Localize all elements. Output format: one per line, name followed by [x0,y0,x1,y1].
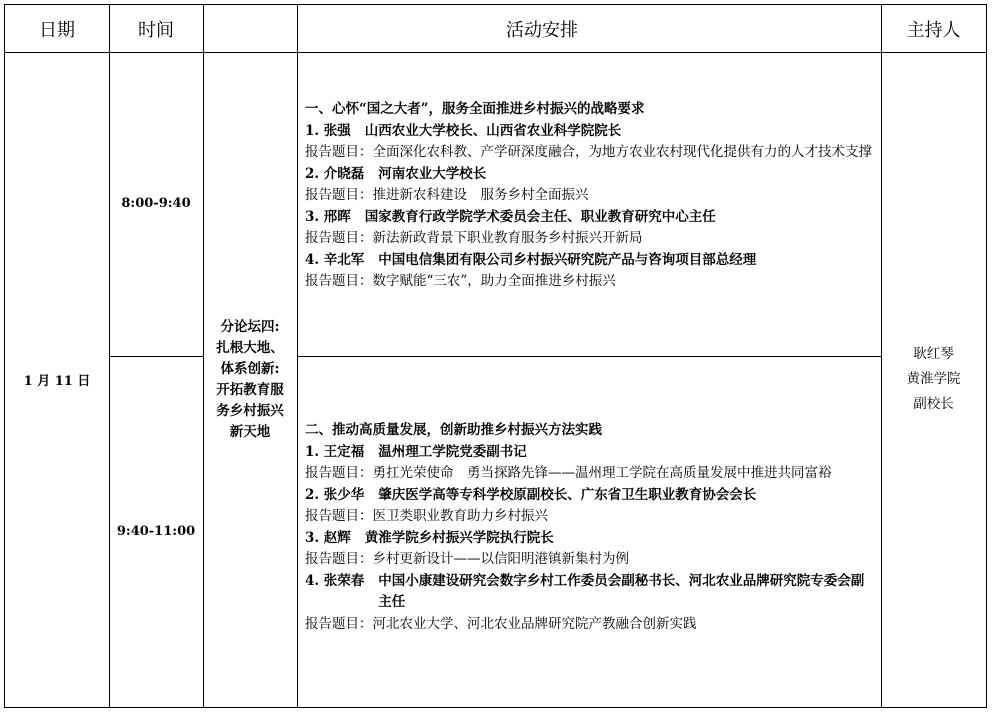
report-line: 报告题目：河北农业大学、河北农业品牌研究院产教融合创新实践 [305,614,877,636]
report-title: 河北农业大学、河北农业品牌研究院产教融合创新实践 [373,614,697,636]
session-1-content: 一、心怀“国之大者”，服务全面推进乡村振兴的战略要求 1. 张强山西农业大学校长… [305,99,877,293]
host-org: 黄淮学院 [907,367,961,392]
forum-title-line: 开拓教育服 [216,380,284,401]
speaker-line: 1. 张强山西农业大学校长、山西省农业科学院院长 [305,121,877,143]
report-title: 推进新农科建设 服务乡村全面振兴 [373,185,589,207]
speaker-name: 介晓磊 [324,166,365,182]
speaker-name: 张强 [324,123,351,139]
speaker-line: 3. 邢晖国家教育行政学院学术委员会主任、职业教育研究中心主任 [305,207,877,229]
speaker-title: 河南农业大学校长 [378,166,486,182]
session-divider [297,356,881,357]
speaker-number: 4. [305,252,319,268]
forum-title-line: 扎根大地、 [216,338,284,359]
session-divider [109,356,203,357]
forum-title-line: 新天地 [216,422,284,443]
header-date: 日期 [5,5,109,52]
report-title: 乡村更新设计——以信阳明港镇新集村为例 [373,549,630,571]
speaker-number: 3. [305,530,319,546]
session-heading: 二、推动高质量发展，创新助推乡村振兴方法实践 [305,420,877,442]
date-text: 1 月 11 日 [24,370,91,389]
speaker-title: 山西农业大学校长、山西省农业科学院院长 [365,123,622,139]
report-line: 报告题目：推进新农科建设 服务乡村全面振兴 [305,185,877,207]
speaker-title: 中国电信集团有限公司乡村振兴研究院产品与咨询项目部总经理 [378,252,756,268]
speaker-number: 1. [305,123,319,139]
header-time: 时间 [109,5,203,52]
speaker-number: 3. [305,209,319,225]
report-title: 全面深化农科教、产学研深度融合，为地方农业农村现代化提供有力的人才技术支撑 [373,142,873,164]
speaker-line: 2. 张少华肇庆医学高等专科学校原副校长、广东省卫生职业教育协会会长 [305,485,877,507]
speaker-line: 4. 张荣春中国小康建设研究会数字乡村工作委员会副秘书长、河北农业品牌研究院专委… [305,571,877,614]
forum-title-line: 分论坛四: [216,317,284,338]
speaker-line: 4. 辛北军中国电信集团有限公司乡村振兴研究院产品与咨询项目部总经理 [305,250,877,272]
report-line: 报告题目：全面深化农科教、产学研深度融合，为地方农业农村现代化提供有力的人才技术… [305,142,877,164]
report-title: 医卫类职业教育助力乡村振兴 [373,506,549,528]
schedule-table: 日期 时间 活动安排 主持人 1 月 11 日 8:00-9:40 9:40-1… [4,4,987,708]
speaker-line: 2. 介晓磊河南农业大学校长 [305,164,877,186]
session-2-time: 9:40-11:00 [109,519,203,543]
speaker-line: 3. 赵辉黄淮学院乡村振兴学院执行院长 [305,528,877,550]
speaker-number: 4. [305,573,319,589]
speaker-number: 2. [305,487,319,503]
speaker-name: 邢晖 [324,209,351,225]
report-line: 报告题目：乡村更新设计——以信阳明港镇新集村为例 [305,549,877,571]
report-label: 报告题目： [305,185,373,207]
report-label: 报告题目： [305,463,373,485]
speaker-name: 王定福 [324,444,365,460]
session-heading: 一、心怀“国之大者”，服务全面推进乡村振兴的战略要求 [305,99,877,121]
report-line: 报告题目：数字赋能“三农”，助力全面推进乡村振兴 [305,271,877,293]
host-name: 耿红琴 [907,342,961,367]
report-label: 报告题目： [305,506,373,528]
report-title: 新法新政背景下职业教育服务乡村振兴开新局 [373,228,643,250]
forum-title-line: 务乡村振兴 [216,401,284,422]
header-host: 主持人 [881,5,986,52]
speaker-title: 温州理工学院党委副书记 [378,444,527,460]
host-cell: 耿红琴 黄淮学院 副校长 [881,52,986,707]
speaker-name: 张少华 [324,487,365,503]
report-label: 报告题目： [305,549,373,571]
session-2-content: 二、推动高质量发展，创新助推乡村振兴方法实践 1. 王定福温州理工学院党委副书记… [305,420,877,635]
speaker-title: 黄淮学院乡村振兴学院执行院长 [365,530,554,546]
date-cell: 1 月 11 日 [5,52,109,707]
speaker-name: 辛北军 [324,252,365,268]
report-line: 报告题目：医卫类职业教育助力乡村振兴 [305,506,877,528]
host-title: 副校长 [907,392,961,417]
report-title: 数字赋能“三农”，助力全面推进乡村振兴 [373,271,616,293]
report-label: 报告题目： [305,271,373,293]
report-line: 报告题目：新法新政背景下职业教育服务乡村振兴开新局 [305,228,877,250]
report-label: 报告题目： [305,228,373,250]
speaker-line: 1. 王定福温州理工学院党委副书记 [305,442,877,464]
speaker-title: 肇庆医学高等专科学校原副校长、广东省卫生职业教育协会会长 [378,487,756,503]
speaker-number: 1. [305,444,319,460]
report-title: 勇扛光荣使命 勇当探路先锋——温州理工学院在高质量发展中推进共同富裕 [373,463,832,485]
session-1-time: 8:00-9:40 [109,191,203,215]
speaker-title: 中国小康建设研究会数字乡村工作委员会副秘书长、河北农业品牌研究院专委会副主任 [378,571,877,614]
speaker-title: 国家教育行政学院学术委员会主任、职业教育研究中心主任 [365,209,716,225]
report-label: 报告题目： [305,142,373,164]
forum-title: 分论坛四: 扎根大地、 体系创新: 开拓教育服 务乡村振兴 新天地 [216,317,284,443]
forum-title-line: 体系创新: [216,359,284,380]
speaker-number: 2. [305,166,319,182]
forum-title-cell: 分论坛四: 扎根大地、 体系创新: 开拓教育服 务乡村振兴 新天地 [203,52,297,707]
header-divider [5,52,986,53]
report-line: 报告题目：勇扛光荣使命 勇当探路先锋——温州理工学院在高质量发展中推进共同富裕 [305,463,877,485]
report-label: 报告题目： [305,614,373,636]
header-activity: 活动安排 [203,5,881,52]
speaker-name: 赵辉 [324,530,351,546]
speaker-name: 张荣春 [324,573,365,589]
